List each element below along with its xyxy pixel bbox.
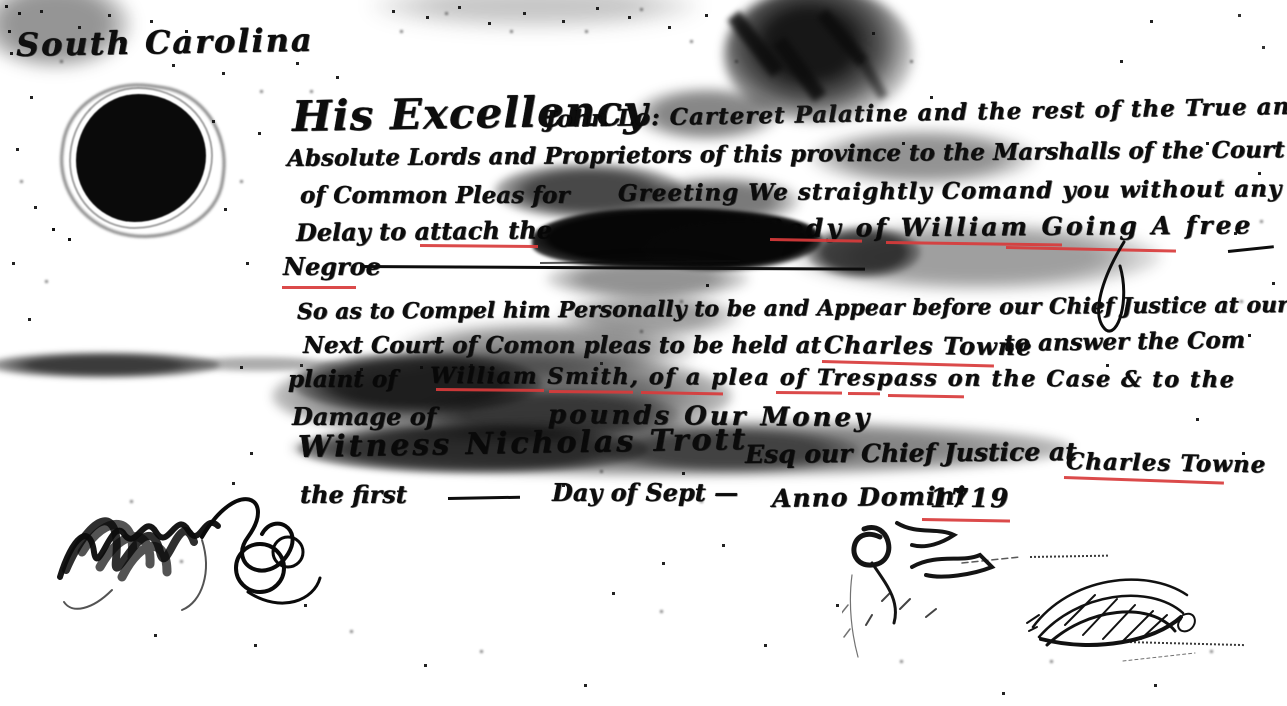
red-underline [848,392,880,395]
red-underline [549,390,633,394]
scan-noise-specks-light [0,0,3,3]
scanned-document-page: South Carolina His Excellency John Lo: C… [0,0,1287,706]
line-10a: Witness Nicholas Trott [298,422,749,465]
flourish-scribble [842,505,1022,665]
pen-dash-margin [1228,245,1274,252]
line-10c: Charles Towne [1066,448,1267,478]
red-underline [436,388,544,392]
line-11b: Day of Sept — [552,478,738,507]
ink-streak-left-margin [0,352,220,378]
pen-dotted-line [1030,555,1108,558]
line-3a: of Common Pleas for [300,182,570,209]
line-7b: Charles Towne [824,330,1033,361]
ink-smear-streak [817,9,868,66]
line-3b: Greeting We straightly Comand you withou… [618,175,1283,207]
line-4b: Body of William Going A free [762,211,1254,243]
line-10b: Esq our Chief Justice at [745,437,1077,469]
line-4a: Delay to attach the [296,215,552,247]
line-1: John Lo: Carteret Palatine and the rest … [545,93,1287,133]
ink-smudge-top-center [370,0,700,28]
red-underline [641,391,723,395]
line-9a: Damage of [292,402,436,431]
line-2: Absolute Lords and Proprietors of this p… [287,136,1285,172]
ink-smear-streak [858,58,888,99]
descender-flourish-icon [1072,238,1142,338]
red-underline [282,286,356,289]
line-7a: Next Court of Comon pleas to be held at [303,332,821,359]
place-heading: South Carolina [16,21,314,64]
pen-dash-negroe2 [540,260,740,264]
signature-scribble-left [52,482,332,622]
ink-smudge-below-blot [545,258,750,300]
red-underline [420,244,538,248]
line-8a: plaint of [288,366,397,393]
pen-dash-negroe [360,265,865,271]
crosshatch-flourish [1025,565,1200,665]
red-underline [888,394,964,398]
line-8b: William Smith, of a plea of Trespass on … [430,363,1236,393]
red-underline [776,391,842,395]
pen-dash-day [448,496,520,500]
